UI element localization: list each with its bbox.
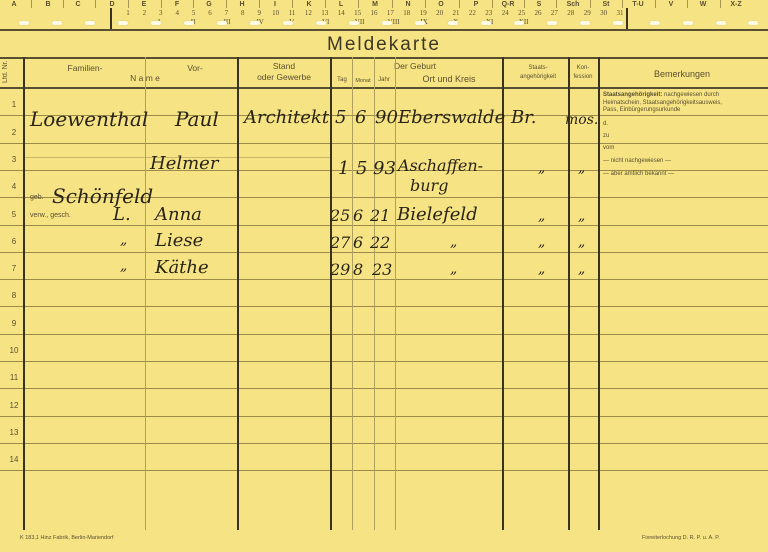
handwritten-text: „ xyxy=(538,261,545,277)
handwritten-text: 5 xyxy=(356,158,367,179)
row-number: 5 xyxy=(6,210,22,219)
column-rule xyxy=(237,57,239,530)
row-number: 6 xyxy=(6,237,22,246)
handwritten-text: 6 xyxy=(353,233,363,252)
handwritten-text: 6 xyxy=(355,107,366,128)
header-bottom-rule xyxy=(0,87,768,89)
index-letter: F xyxy=(175,1,179,8)
row-rule xyxy=(0,416,768,417)
punch-hole xyxy=(250,21,260,25)
index-tick xyxy=(31,0,32,8)
row-number: 7 xyxy=(6,264,22,273)
remarks-vom: vom xyxy=(603,145,614,153)
row-number: 3 xyxy=(6,155,22,164)
day-number: 2 xyxy=(143,9,147,17)
punch-hole xyxy=(316,21,326,25)
index-tick xyxy=(358,0,359,8)
index-letter: S xyxy=(537,1,542,8)
row-rule xyxy=(0,443,768,444)
header-lfd-nr: Lfd. Nr. xyxy=(2,60,22,84)
index-letter: K xyxy=(306,1,311,8)
header-vor: Vor- xyxy=(165,63,225,73)
row-rule xyxy=(0,470,768,471)
row-rule xyxy=(0,306,768,307)
row-rule xyxy=(0,279,768,280)
index-tick xyxy=(524,0,525,8)
handwritten-text: „ xyxy=(120,232,127,248)
handwritten-text: 90 xyxy=(375,107,398,128)
index-tick xyxy=(392,0,393,8)
day-number: 8 xyxy=(241,9,245,17)
day-number: 6 xyxy=(208,9,212,17)
handwritten-text: 5 xyxy=(335,107,346,128)
handwritten-text: „ xyxy=(450,261,457,277)
index-tick xyxy=(459,0,460,8)
handwritten-text: „ xyxy=(450,234,457,250)
index-letter: X-Z xyxy=(730,1,741,8)
index-tick xyxy=(720,0,721,8)
index-letter: A xyxy=(11,1,16,8)
handwritten-text: 23 xyxy=(372,260,392,279)
index-letter: B xyxy=(45,1,50,8)
day-number: 27 xyxy=(551,9,558,17)
header-kon2: fession xyxy=(568,74,598,80)
header-kon1: Kon- xyxy=(568,65,598,71)
card-title: Meldekarte xyxy=(0,34,768,56)
punch-hole xyxy=(349,21,359,25)
header-jahr: Jahr xyxy=(373,77,395,83)
day-number: 28 xyxy=(567,9,574,17)
punch-hole xyxy=(118,21,128,25)
day-number: 31 xyxy=(617,9,624,17)
day-number: 29 xyxy=(584,9,591,17)
handwritten-text: burg xyxy=(410,176,448,195)
day-number: 16 xyxy=(371,9,378,17)
handwritten-text: Eberswalde Br. xyxy=(398,107,537,128)
index-tick xyxy=(161,0,162,8)
footer-printer: K 183,1 Hinz Fabrik, Berlin-Mariendorf xyxy=(20,535,114,541)
row-rule xyxy=(0,334,768,335)
registration-card: ABCDEFGHIKLMNOPQ-RSSchStT-UVWX-Z12345678… xyxy=(0,0,768,552)
column-rule xyxy=(23,57,25,530)
row-rule xyxy=(0,388,768,389)
remarks-d: d. xyxy=(603,121,608,129)
day-number: 14 xyxy=(338,9,345,17)
row-number: 11 xyxy=(6,373,22,382)
day-number: 19 xyxy=(420,9,427,17)
index-letter: L xyxy=(339,1,343,8)
index-letter: D xyxy=(109,1,114,8)
handwritten-text: 22 xyxy=(370,233,390,252)
handwritten-text: mos. xyxy=(565,112,598,128)
punch-hole xyxy=(683,21,693,25)
header-tag: Tag xyxy=(331,77,353,83)
day-number: 11 xyxy=(289,9,296,17)
handwritten-text: Architekt xyxy=(244,107,329,128)
index-letter: M xyxy=(372,1,378,8)
remarks-line1: nachgewiesen durch xyxy=(664,92,719,98)
index-tick xyxy=(325,0,326,8)
day-number: 18 xyxy=(403,9,410,17)
index-tick xyxy=(193,0,194,8)
index-letter: Sch xyxy=(567,1,580,8)
handwritten-text: Paul xyxy=(175,107,219,131)
day-number: 7 xyxy=(225,9,229,17)
remarks-line2: Heimatschein, Staatsangehörigkeitsauswei… xyxy=(603,100,722,106)
handwritten-text: „ xyxy=(538,208,545,224)
index-tick xyxy=(556,0,557,8)
punch-hole xyxy=(184,21,194,25)
handwritten-text: Anna xyxy=(155,204,202,225)
punch-hole xyxy=(283,21,293,25)
handwritten-text: 6 xyxy=(353,206,363,225)
punch-hole xyxy=(716,21,726,25)
row-number: 2 xyxy=(6,128,22,137)
day-number: 5 xyxy=(192,9,196,17)
punch-hole xyxy=(514,21,524,25)
handwritten-text: Liese xyxy=(155,230,203,251)
punch-hole xyxy=(19,21,29,25)
index-tick xyxy=(63,0,64,8)
day-number: 13 xyxy=(321,9,328,17)
header-staats2: angehörigkeit xyxy=(503,74,573,80)
day-number: 10 xyxy=(272,9,279,17)
index-tick xyxy=(590,0,591,8)
row-number: 8 xyxy=(6,291,22,300)
handwritten-text: „ xyxy=(578,234,585,250)
index-tick xyxy=(226,0,227,8)
day-number: 15 xyxy=(354,9,361,17)
index-letter: St xyxy=(603,1,610,8)
handwritten-text: „ xyxy=(120,258,127,274)
header-geburt-split xyxy=(395,72,396,88)
day-number: 4 xyxy=(175,9,179,17)
day-number: 25 xyxy=(518,9,525,17)
punch-hole xyxy=(481,21,491,25)
index-tick xyxy=(425,0,426,8)
day-number: 1 xyxy=(126,9,130,17)
index-letter: V xyxy=(669,1,674,8)
handwritten-text: Bielefeld xyxy=(397,204,478,225)
handwritten-text: 8 xyxy=(353,260,363,279)
handwritten-text: 1 xyxy=(338,158,349,179)
footer-patent: Fixreiterlochung D. R. P. u. A. P. xyxy=(642,535,720,541)
header-ort-kreis: Ort und Kreis xyxy=(396,74,502,84)
row-rule xyxy=(0,143,768,144)
handwritten-text: Aschaffen- xyxy=(398,156,483,175)
index-letter: N xyxy=(405,1,410,8)
day-number: 17 xyxy=(387,9,394,17)
index-tick xyxy=(492,0,493,8)
handwritten-text: 25 xyxy=(330,206,350,225)
handwritten-text: „ xyxy=(578,208,585,224)
header-stand: Stand xyxy=(238,61,330,71)
remarks-aber: — aber amtlich bekannt — xyxy=(603,171,674,179)
punch-hole xyxy=(448,21,458,25)
handwritten-text: Loewenthal xyxy=(30,107,148,131)
handwritten-text: Helmer xyxy=(150,153,218,174)
row-number: 1 xyxy=(6,100,22,109)
index-letter: T-U xyxy=(632,1,643,8)
handwritten-text: 21 xyxy=(370,206,390,225)
row-number: 12 xyxy=(6,401,22,410)
index-tick xyxy=(95,0,96,8)
day-number: 12 xyxy=(305,9,312,17)
index-letter: I xyxy=(274,1,276,8)
index-letter: E xyxy=(142,1,147,8)
column-rule xyxy=(330,57,332,530)
index-tick xyxy=(128,0,129,8)
index-letter: H xyxy=(239,1,244,8)
index-tick xyxy=(622,0,623,8)
day-number: 21 xyxy=(453,9,460,17)
remarks-bold-label: Staatsangehörigkeit: xyxy=(603,92,662,98)
header-top-rule xyxy=(0,57,768,59)
column-rule xyxy=(352,57,353,530)
index-tick xyxy=(655,0,656,8)
day-number: 22 xyxy=(469,9,476,17)
punch-hole xyxy=(547,21,557,25)
index-letter: W xyxy=(700,1,707,8)
header-familien: Familien- xyxy=(40,63,130,73)
index-letter: C xyxy=(75,1,80,8)
handwritten-text: „ xyxy=(538,234,545,250)
handwritten-text: 27 xyxy=(330,233,350,252)
punch-hole xyxy=(151,21,161,25)
punch-hole xyxy=(580,21,590,25)
day-number: 30 xyxy=(600,9,607,17)
index-letter: G xyxy=(206,1,211,8)
strip-divider-tu xyxy=(626,8,628,30)
row-number: 13 xyxy=(6,428,22,437)
strip-bottom-rule xyxy=(0,29,768,31)
row-number: 10 xyxy=(6,346,22,355)
row-number: 14 xyxy=(6,455,22,464)
header-staats1: Staats- xyxy=(503,65,573,71)
index-letter: Q-R xyxy=(502,1,515,8)
handwritten-text: 29 xyxy=(330,260,350,279)
punch-hole xyxy=(382,21,392,25)
punch-hole xyxy=(650,21,660,25)
punch-hole xyxy=(748,21,758,25)
handwritten-text: Käthe xyxy=(155,257,209,278)
punch-hole xyxy=(613,21,623,25)
punch-hole xyxy=(217,21,227,25)
header-gewerbe: oder Gewerbe xyxy=(238,72,330,82)
header-monat: Monat xyxy=(353,78,373,84)
day-number: 3 xyxy=(159,9,163,17)
handwritten-text: „ xyxy=(578,160,585,176)
handwritten-text: „ xyxy=(538,160,545,176)
index-strip: ABCDEFGHIKLMNOPQ-RSSchStT-UVWX-Z12345678… xyxy=(0,0,768,30)
remarks-line3: Pass, Einbürgerungsurkunde xyxy=(603,107,680,113)
row-rule xyxy=(0,361,768,362)
index-tick xyxy=(687,0,688,8)
day-number: 20 xyxy=(436,9,443,17)
punch-hole xyxy=(415,21,425,25)
day-number: 9 xyxy=(257,9,261,17)
day-number: 23 xyxy=(485,9,492,17)
remarks-nicht: — nicht nachgewiesen — xyxy=(603,158,671,166)
index-tick xyxy=(292,0,293,8)
label-verw-gesch: verw., gesch. xyxy=(30,212,71,220)
handwritten-text: L. xyxy=(113,204,131,225)
header-bemerkungen: Bemerkungen xyxy=(600,69,764,79)
row-number: 9 xyxy=(6,319,22,328)
strip-divider-d xyxy=(110,8,112,30)
header-der-geburt: Der Geburt xyxy=(330,61,500,71)
punch-hole xyxy=(52,21,62,25)
day-number: 26 xyxy=(535,9,542,17)
remarks-zu: zu xyxy=(603,133,609,141)
handwritten-text: Schönfeld xyxy=(52,184,153,208)
label-geb: geb. xyxy=(30,194,44,202)
day-number: 24 xyxy=(502,9,509,17)
handwritten-text: 93 xyxy=(373,158,396,179)
row-number: 4 xyxy=(6,182,22,191)
handwritten-text: „ xyxy=(578,261,585,277)
remarks-staatsangehoerigkeit: Staatsangehörigkeit: nachgewiesen durch … xyxy=(603,92,765,115)
index-letter: P xyxy=(474,1,479,8)
punch-hole xyxy=(85,21,95,25)
index-tick xyxy=(259,0,260,8)
index-letter: O xyxy=(438,1,443,8)
